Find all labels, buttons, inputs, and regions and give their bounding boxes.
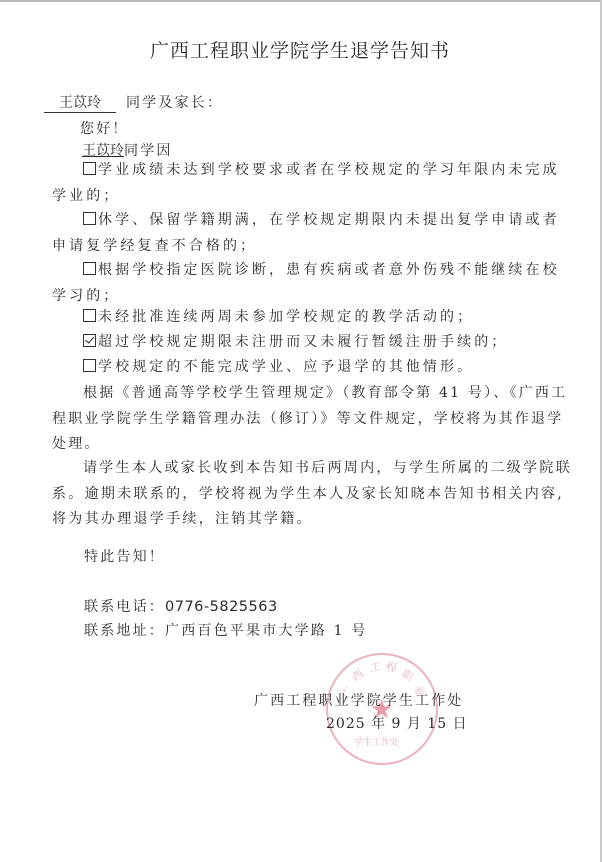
reason-text: 未经批准连续两周未参加学校规定的教学活动的； <box>98 309 474 325</box>
checkbox-unchecked-icon <box>83 262 96 275</box>
document-title: 广西工程职业学院学生退学告知书 <box>0 36 600 63</box>
greeting: 您好！ <box>80 118 129 138</box>
salutation: 王苡玲同学及家长： <box>44 92 223 113</box>
contact-phone: 联系电话：0776-5825563 <box>84 596 278 616</box>
reason-text: 超过学校规定期限未注册而又未履行暂缓注册手续的； <box>98 334 508 350</box>
reason-item: 学业成绩未达到学校要求或者在学校规定的学习年限内未完成学业的； <box>52 158 572 209</box>
closing-text: 特此告知！ <box>84 546 165 566</box>
reason-text: 学业成绩未达到学校要求或者在学校规定的学习年限内未完成学业的； <box>52 162 560 204</box>
reason-item: 未经批准连续两周未参加学校规定的教学活动的； <box>52 305 572 331</box>
reason-text: 学校规定的不能完成学业、应予退学的其他情形。 <box>98 359 474 375</box>
seal-arc-char: 工 <box>369 658 383 676</box>
checkbox-checked-icon <box>83 334 96 347</box>
issue-date: 2025 年 9 月 15 日 <box>326 713 468 733</box>
seal-arc-char: 西 <box>348 665 366 684</box>
cause-suffix: 同学因 <box>124 143 173 159</box>
reason-item: 学校规定的不能完成学业、应予退学的其他情形。 <box>52 355 572 381</box>
seal-arc-char: 程 <box>385 658 399 676</box>
contact-address-label: 联系地址： <box>84 623 165 639</box>
contact-address: 联系地址：广西百色平果市大学路 1 号 <box>84 620 368 640</box>
reason-item: 根据学校指定医院诊断，患有疾病或者意外伤残不能继续在校学习的； <box>52 258 572 309</box>
contact-address-value: 广西百色平果市大学路 1 号 <box>165 623 368 639</box>
student-name-field: 王苡玲 <box>44 92 116 113</box>
checkbox-unchecked-icon <box>83 212 96 225</box>
reason-item-selected: 超过学校规定期限未注册而又未履行暂缓注册手续的； <box>52 330 572 356</box>
cause-intro: 王苡玲同学因 <box>82 140 173 160</box>
reason-item: 休学、保留学籍期满，在学校规定期限内未提出复学申请或者申请复学经复查不合格的； <box>52 208 572 259</box>
reason-text: 休学、保留学籍期满，在学校规定期限内未提出复学申请或者申请复学经复查不合格的； <box>52 212 560 254</box>
notice-document: 广西工程职业学院学生退学告知书 王苡玲同学及家长： 您好！ 王苡玲同学因 学业成… <box>0 0 600 862</box>
reason-text: 根据学校指定医院诊断，患有疾病或者意外伤残不能继续在校学习的； <box>52 262 560 304</box>
contact-phone-number: 0776-5825563 <box>165 599 278 615</box>
instruction-paragraph: 请学生本人或家长收到本告知书后两周内，与学生所属的二级学院联系。逾期未联系的，学… <box>52 456 572 533</box>
checkbox-unchecked-icon <box>83 162 96 175</box>
checkbox-unchecked-icon <box>83 359 96 372</box>
salutation-suffix: 同学及家长： <box>126 95 223 111</box>
seal-bottom-text: 学生工作处 <box>354 735 399 748</box>
student-name-inline: 王苡玲 <box>82 143 124 159</box>
seal-arc-char: 职 <box>398 665 416 684</box>
basis-paragraph: 根据《普通高等学校学生管理规定》（教育部令第 41 号）、《广西工程职业学院学生… <box>52 381 572 458</box>
issuer: 广西工程职业学院学生工作处 <box>254 690 463 710</box>
checkbox-unchecked-icon <box>83 309 96 322</box>
contact-phone-label: 联系电话： <box>84 599 165 615</box>
